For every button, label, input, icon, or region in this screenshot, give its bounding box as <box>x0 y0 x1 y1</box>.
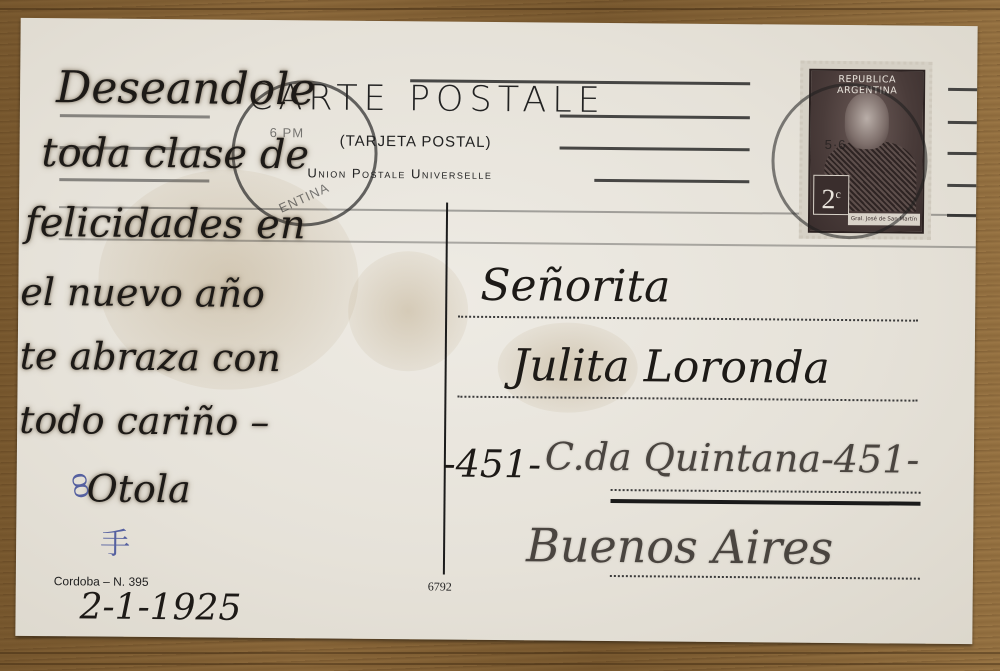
address-line-3 <box>611 489 921 494</box>
cancel-bar <box>947 184 977 187</box>
cancel-bar <box>948 88 978 91</box>
address-underline <box>611 499 921 506</box>
cancel-bar <box>594 179 749 183</box>
cancel-bar <box>948 152 978 155</box>
cancel-bar <box>59 178 209 182</box>
address-line-4 <box>610 575 920 580</box>
address-line-1 <box>458 316 918 322</box>
cancel-bar <box>560 147 750 152</box>
postcard: 6 PM ENTINA CARTE POSTALE (TARJETA POSTA… <box>15 18 977 644</box>
message-line-4: el nuevo año <box>20 270 265 316</box>
water-stain <box>348 251 469 372</box>
wood-grain <box>0 663 1000 665</box>
message-line-6: todo cariño – <box>19 398 269 444</box>
wood-grain <box>0 8 1000 10</box>
union-postale-label: Union Postale Universelle <box>307 165 492 182</box>
message-line-5: te abraza con <box>20 334 281 380</box>
message-address-divider <box>443 203 448 575</box>
message-line-1: Deseandole <box>56 62 316 115</box>
address-salutation: Señorita <box>480 260 670 313</box>
handwritten-date: 2-1-1925 <box>79 586 241 628</box>
address-city: Buenos Aires <box>526 518 833 575</box>
stamp-postmark-date: 5·6 <box>825 137 847 152</box>
cancel-bar <box>60 114 210 118</box>
pencil-monogram: 手 <box>100 519 130 563</box>
stamp-postmark-circle <box>771 82 928 239</box>
wood-grain <box>0 652 1000 654</box>
message-line-3: felicidades en <box>25 200 306 248</box>
tarjeta-postal-subtitle: (TARJETA POSTAL) <box>340 133 492 151</box>
cancel-bar <box>947 214 977 217</box>
address-street: C.da Quintana-451- <box>545 434 920 481</box>
pencil-doodle: ꝏ <box>65 470 99 501</box>
cancel-bar <box>948 121 978 124</box>
address-name-first: Julita Loronda <box>511 340 829 394</box>
address-number: -451- <box>443 442 542 487</box>
signature: Otola <box>86 466 191 511</box>
message-line-2: toda clase de <box>41 130 309 178</box>
serial-number: 6792 <box>428 579 452 594</box>
